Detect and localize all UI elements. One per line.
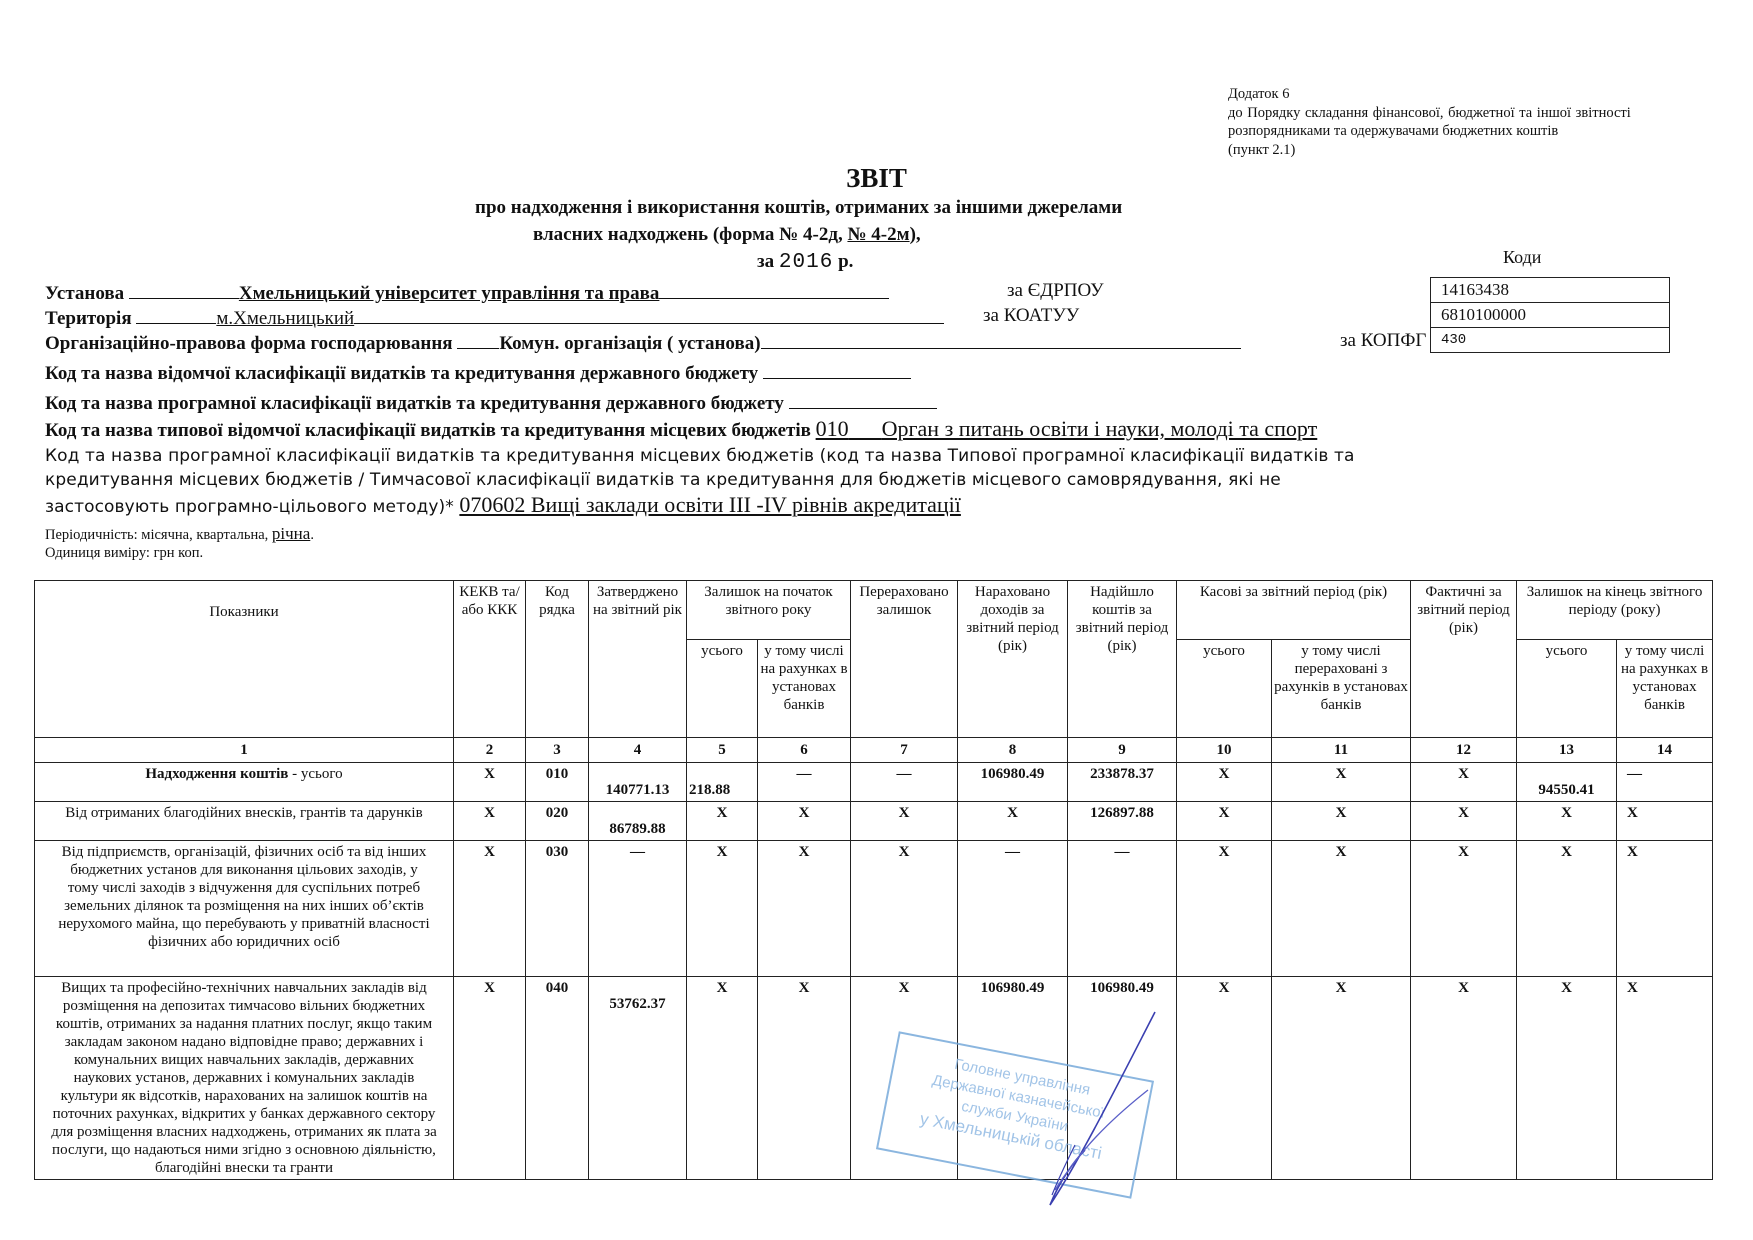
signature-icon [0,0,1753,1240]
